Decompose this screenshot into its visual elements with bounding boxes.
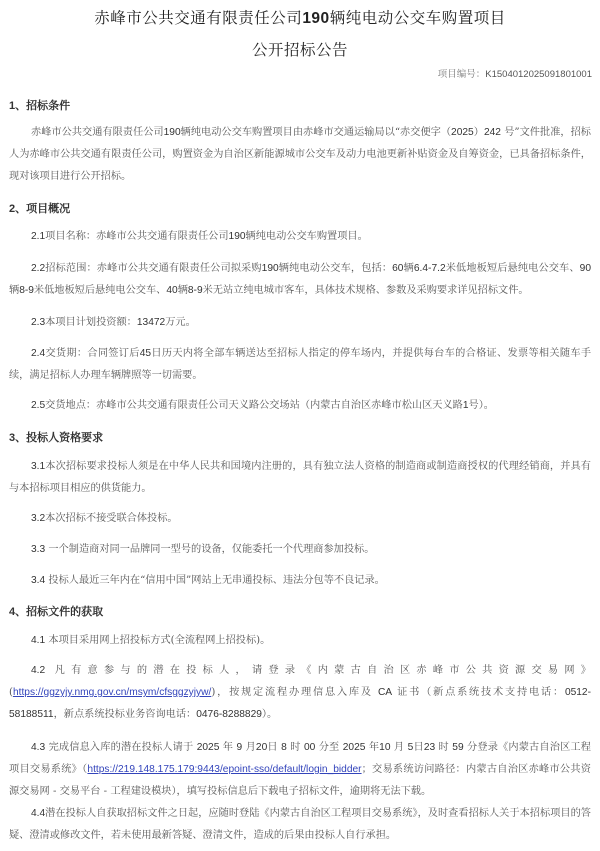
item-number: 3.2 <box>31 513 45 524</box>
text: 本项目计划投资额： <box>45 317 137 328</box>
heading-text: 、项目概况 <box>15 202 70 215</box>
text: 40 <box>166 285 177 296</box>
text: )，按规定流程办理信息入库及 <box>211 687 378 698</box>
item-number: 4.3 <box>31 742 45 753</box>
text: 月 <box>242 742 256 753</box>
item-2-5: 2.5交货地点：赤峰市公共交通有限责任公司天义路公交场站（内蒙古自治区赤峰市松山… <box>9 395 591 417</box>
text: 190 <box>229 231 246 242</box>
text: 6.4-7.2 <box>414 263 446 274</box>
text: 年 <box>219 742 236 753</box>
item-number: 2.1 <box>31 231 45 242</box>
text: 2025 <box>343 742 366 753</box>
text: 13472 <box>137 317 165 328</box>
document-title: 赤峰市公共交通有限责任公司190辆纯电动公交车购置项目 <box>0 6 600 28</box>
text: 投标人最近三年内在“信用中国”网站上无串通投标、违法分包等不良记录。 <box>45 575 385 586</box>
item-2-1: 2.1项目名称：赤峰市公共交通有限责任公司190辆纯电动公交车购置项目。 <box>9 226 591 248</box>
public-resource-exchange-link[interactable]: https://ggzyjy.nmg.gov.cn/msym/cfsggzyjy… <box>13 687 211 698</box>
project-number: 项目编号：K1504012025091801001 <box>438 66 592 80</box>
text: 60 <box>392 263 403 274</box>
text: 一个制造商对同一品牌同一型号的设备，仅能委托一个代理商参加投标。 <box>45 544 374 555</box>
item-3-3: 3.3 一个制造商对同一品牌同一型号的设备，仅能委托一个代理商参加投标。 <box>9 539 591 561</box>
text: 本项目采用网上招投标方式(全流程网上招投标)。 <box>45 635 270 646</box>
text: 10 <box>379 742 390 753</box>
text: 242 <box>484 127 501 138</box>
text: 交货期：合同签订后 <box>45 348 140 359</box>
text: 时 <box>435 742 452 753</box>
item-3-1: 3.1本次招标要求投标人须是在中华人民共和国境内注册的，具有独立法人资格的制造商… <box>9 456 591 500</box>
item-number: 4.2 <box>31 665 45 676</box>
text: 23 <box>424 742 435 753</box>
text: ） <box>474 127 484 138</box>
item-number: 4.4 <box>31 808 45 819</box>
section-heading-2: 2、项目概况 <box>9 200 70 216</box>
item-4-1: 4.1 本项目采用网上招投标方式(全流程网上招投标)。 <box>9 630 591 652</box>
text: 日 <box>267 742 281 753</box>
item-number: 3.1 <box>31 461 45 472</box>
text: 辆 <box>403 263 413 274</box>
item-number: 3.4 <box>31 575 45 586</box>
text: 8-9 <box>188 285 203 296</box>
title-prefix: 赤峰市公共交通有限责任公司 <box>94 9 302 27</box>
text: 招标范围：赤峰市公共交通有限责任公司拟采购 <box>45 263 262 274</box>
text: 项目名称：赤峰市公共交通有限责任公司 <box>45 231 228 242</box>
text: 辆纯电动公交车购置项目由赤峰市交通运输局以“赤交便字（ <box>181 127 451 138</box>
item-3-2: 3.2本次招标不接受联合体投标。 <box>9 508 591 530</box>
text: 2025 <box>197 742 220 753</box>
business-consult-phone: 0476-8288829 <box>196 709 262 720</box>
heading-text: 、投标人资格要求 <box>15 431 103 444</box>
item-number: 2.3 <box>31 317 45 328</box>
text: 分至 <box>315 742 342 753</box>
text: ）。 <box>262 709 277 720</box>
text: 辆 <box>9 285 19 296</box>
item-2-2: 2.2招标范围：赤峰市公共交通有限责任公司拟采购190辆纯电动公交车，包括：60… <box>9 258 591 302</box>
text: 8-9 <box>19 285 34 296</box>
item-2-4: 2.4交货期：合同签订后45日历天内将全部车辆送达至招标人指定的停车场内，并提供… <box>9 343 591 387</box>
section-1-paragraph: 赤峰市公共交通有限责任公司190辆纯电动公交车购置项目由赤峰市交通运输局以“赤交… <box>9 122 591 188</box>
item-4-3: 4.3 完成信息入库的潜在投标人请于 2025 年 9 月20日 8 时 00 … <box>9 737 591 803</box>
item-number: 4.1 <box>31 635 45 646</box>
text: 证书（新点系统技术支持电话： <box>392 687 565 698</box>
item-number: 2.4 <box>31 348 45 359</box>
text: 赤峰市公共交通有限责任公司 <box>31 127 164 138</box>
section-heading-1: 1、招标条件 <box>9 97 70 113</box>
text: 190 <box>164 127 181 138</box>
text: 米无站立纯电城市客车，具体技术规格、参数及采购要求详见招标文件。 <box>203 285 529 296</box>
item-4-2: 4.2 凡有意参与的潜在投标人，请登录《内蒙古自治区赤峰市公共资源交易网》(ht… <box>9 660 591 726</box>
document-subtitle: 公开招标公告 <box>0 38 600 60</box>
text: 日 <box>413 742 424 753</box>
text: 2025 <box>451 127 474 138</box>
text: 辆纯电动公交车，包括： <box>279 263 392 274</box>
title-suffix: 辆纯电动公交车购置项目 <box>330 9 506 27</box>
text: 完成信息入库的潜在投标人请于 <box>45 742 197 753</box>
item-number: 2.2 <box>31 263 45 274</box>
text: 万元。 <box>165 317 196 328</box>
text: 米低地板短后悬纯电公交车、 <box>34 285 166 296</box>
text: 本次招标要求投标人须是在中华人民共和国境内注册的，具有独立法人资格的制造商或制造… <box>9 461 591 494</box>
heading-text: 、招标文件的获取 <box>15 605 103 618</box>
title-number: 190 <box>302 10 329 27</box>
text: 45 <box>140 348 151 359</box>
project-number-label: 项目编号： <box>438 69 486 80</box>
text: 辆纯电动公交车购置项目。 <box>246 231 368 242</box>
heading-text: 、招标条件 <box>15 99 70 112</box>
text: 时 <box>287 742 304 753</box>
text: CA <box>378 687 392 698</box>
project-number-value: K1504012025091801001 <box>485 69 592 80</box>
section-heading-3: 3、投标人资格要求 <box>9 429 103 445</box>
item-2-3: 2.3本项目计划投资额：13472万元。 <box>9 312 591 334</box>
text: 米低地板短后悬纯电公交车、 <box>446 263 580 274</box>
text: 交货地点：赤峰市公共交通有限责任公司天义路公交场站（内蒙古自治区赤峰市松山区天义… <box>45 400 463 411</box>
item-number: 2.5 <box>31 400 45 411</box>
item-number: 3.3 <box>31 544 45 555</box>
text: 190 <box>262 263 279 274</box>
text: 号）。 <box>469 400 494 411</box>
text: 20 <box>256 742 267 753</box>
text: ，新点系统投标业务咨询电话： <box>54 709 197 720</box>
item-4-4: 4.4潜在投标人自获取招标文件之日起，应随时登陆《内蒙古自治区工程项目交易系统》… <box>9 803 591 847</box>
text: 年 <box>365 742 379 753</box>
section-heading-4: 4、招标文件的获取 <box>9 603 103 619</box>
bidding-system-login-link[interactable]: https://219.148.175.179:9443/epoint-sso/… <box>87 764 361 775</box>
item-3-4: 3.4 投标人最近三年内在“信用中国”网站上无串通投标、违法分包等不良记录。 <box>9 570 591 592</box>
text: 凡有意参与的潜在投标人，请登录《内蒙古自治区赤峰市公共资源交易网》 <box>45 665 591 676</box>
text: 辆 <box>178 285 188 296</box>
text: 本次招标不接受联合体投标。 <box>45 513 177 524</box>
text: 00 <box>304 742 315 753</box>
text: 90 <box>580 263 591 274</box>
text: 59 <box>452 742 463 753</box>
text: 潜在投标人自获取招标文件之日起，应随时登陆《内蒙古自治区工程项目交易系统》，及时… <box>9 808 591 841</box>
text: 月 <box>391 742 408 753</box>
